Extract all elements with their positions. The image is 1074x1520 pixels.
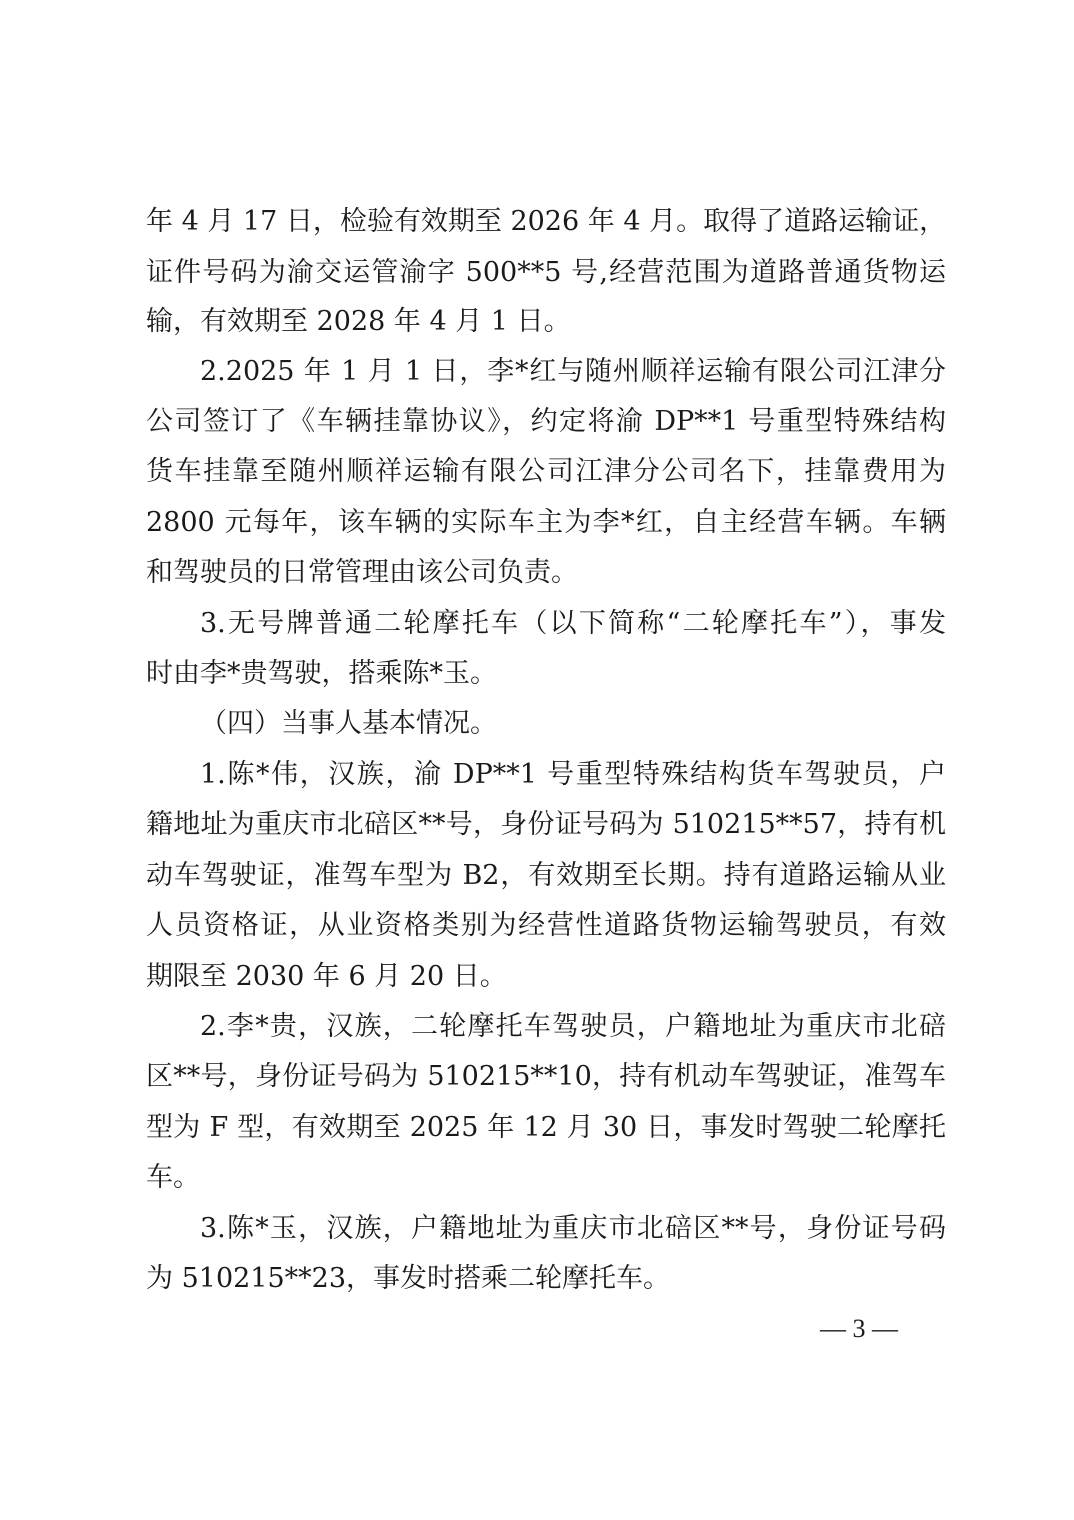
text-line: 期限至 2030 年 6 月 20 日。 <box>146 960 946 994</box>
paragraph-start: 2.2025 年 1 月 1 日，李*红与随州顺祥运输有限公司江津分 <box>200 355 946 389</box>
text-line: 年 4 月 17 日，检验有效期至 2026 年 4 月。取得了道路运输证， <box>146 205 946 239</box>
text-line: 证件号码为渝交运管渝字 500**5 号,经营范围为道路普通货物运 <box>146 256 946 290</box>
text-line: 人员资格证，从业资格类别为经营性道路货物运输驾驶员，有效 <box>146 909 946 943</box>
paragraph-start: 3.陈*玉，汉族，户籍地址为重庆市北碚区**号，身份证号码 <box>200 1212 946 1246</box>
paragraph-start: 2.李*贵，汉族，二轮摩托车驾驶员，户籍地址为重庆市北碚 <box>200 1010 946 1044</box>
text-line: 输，有效期至 2028 年 4 月 1 日。 <box>146 305 946 339</box>
paragraph-start: 1.陈*伟，汉族，渝 DP**1 号重型特殊结构货车驾驶员，户 <box>200 758 946 792</box>
paragraph-start: 3.无号牌普通二轮摩托车（以下简称“二轮摩托车”），事发 <box>200 607 946 641</box>
text-line: 车。 <box>146 1161 946 1195</box>
text-line: 2800 元每年，该车辆的实际车主为李*红，自主经营车辆。车辆 <box>146 506 946 540</box>
text-line: 和驾驶员的日常管理由该公司负责。 <box>146 556 946 590</box>
text-line: 为 510215**23，事发时搭乘二轮摩托车。 <box>146 1262 946 1296</box>
text-line: 公司签订了《车辆挂靠协议》，约定将渝 DP**1 号重型特殊结构 <box>146 405 946 439</box>
text-line: 区**号，身份证号码为 510215**10，持有机动车驾驶证，准驾车 <box>146 1060 946 1094</box>
text-line: 货车挂靠至随州顺祥运输有限公司江津分公司名下，挂靠费用为 <box>146 455 946 489</box>
section-heading: （四）当事人基本情况。 <box>200 707 1000 741</box>
text-line: 籍地址为重庆市北碚区**号，身份证号码为 510215**57，持有机 <box>146 808 946 842</box>
text-line: 动车驾驶证，准驾车型为 B2，有效期至长期。持有道路运输从业 <box>146 859 946 893</box>
text-line: 时由李*贵驾驶，搭乘陈*玉。 <box>146 657 946 691</box>
document-page: 年 4 月 17 日，检验有效期至 2026 年 4 月。取得了道路运输证， 证… <box>0 0 1074 1520</box>
text-line: 型为 F 型，有效期至 2025 年 12 月 30 日，事发时驾驶二轮摩托 <box>146 1111 946 1145</box>
page-number: — 3 — <box>820 1312 898 1346</box>
